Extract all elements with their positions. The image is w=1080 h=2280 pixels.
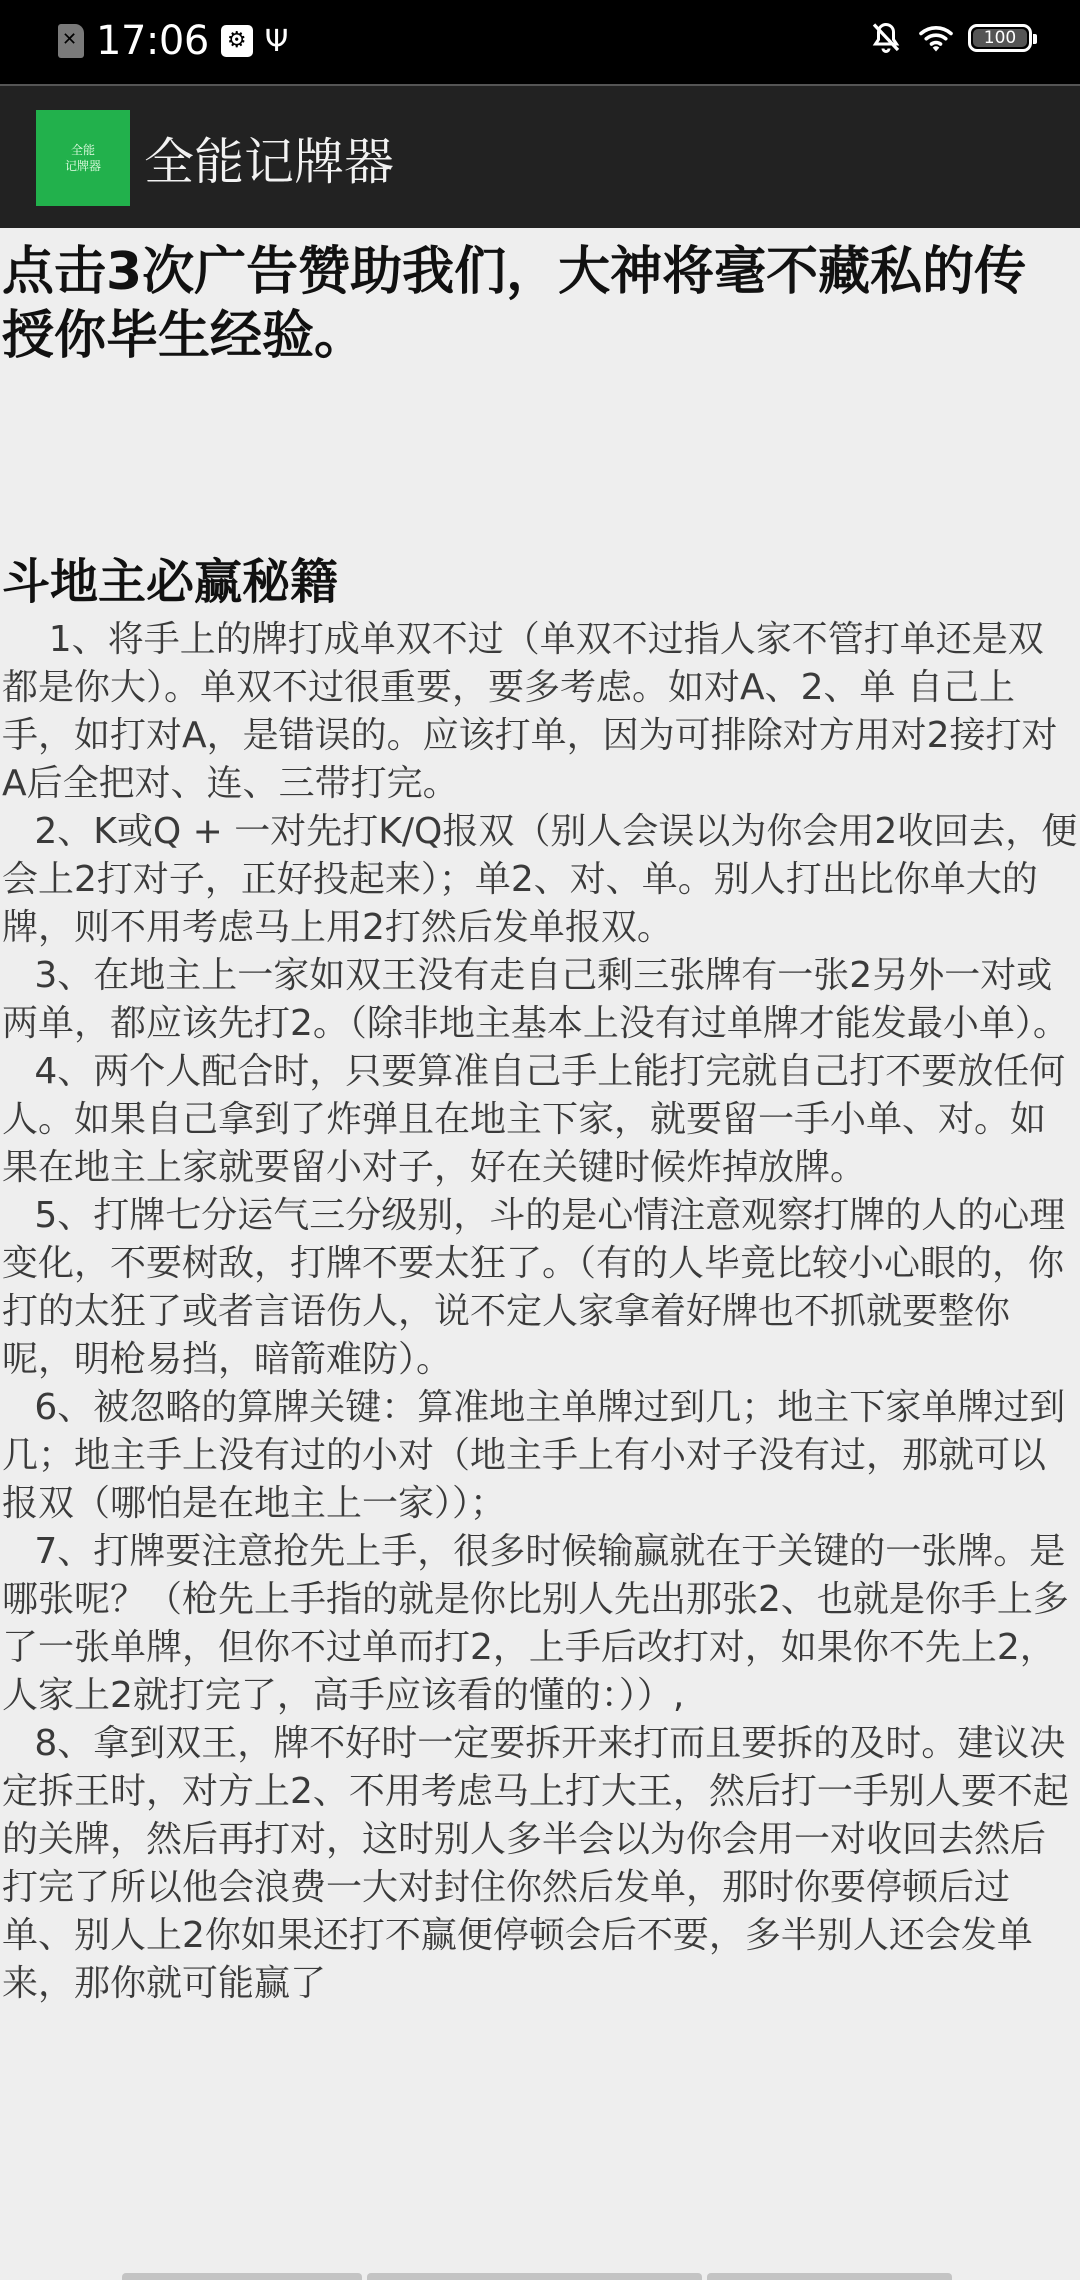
sim-off-icon <box>58 24 84 58</box>
tip-item: 1、将手上的牌打成单双不过（单双不过指人家不管打单还是双都是你大）。单双不过很重… <box>2 616 1078 808</box>
tip-item: 3、在地主上一家如双王没有走自己剩三张牌有一张2另外一对或两单，都应该先打2。（… <box>2 952 1078 1048</box>
section-title: 斗地主必赢秘籍 <box>2 548 1080 616</box>
app-logo: 全能 记牌器 <box>36 110 130 206</box>
tip-item: 8、拿到双王，牌不好时一定要拆开来打而且要拆的及时。建议决定拆王时，对方上2、不… <box>2 1720 1078 2008</box>
app-title: 全能记牌器 <box>144 122 394 194</box>
tips-list: 1、将手上的牌打成单双不过（单双不过指人家不管打单还是双都是你大）。单双不过很重… <box>0 616 1080 2008</box>
app-logo-text-1: 全能 <box>36 142 130 158</box>
wifi-icon <box>918 20 954 56</box>
ad-banner-area[interactable] <box>0 368 1080 548</box>
clock: 17:06 <box>96 18 209 64</box>
content-scroll-area[interactable]: 点击3次广告赞助我们，大神将毫不藏私的传授你毕生经验。 斗地主必赢秘籍 1、将手… <box>0 228 1080 2008</box>
bottom-button-3[interactable] <box>707 2273 952 2280</box>
app-logo-text-2: 记牌器 <box>36 158 130 174</box>
battery-level: 100 <box>973 29 1027 47</box>
tip-item: 6、被忽略的算牌关键：算准地主单牌过到几；地主下家单牌过到几；地主手上没有过的小… <box>2 1384 1078 1528</box>
bottom-button-1[interactable] <box>122 2273 362 2280</box>
tip-item: 5、打牌七分运气三分级别，斗的是心情注意观察打牌的人的心理变化，不要树敌，打牌不… <box>2 1192 1078 1384</box>
app-bar: 全能 记牌器 全能记牌器 <box>0 84 1080 228</box>
bottom-button-2[interactable] <box>367 2273 702 2280</box>
bell-off-icon <box>868 20 904 56</box>
usb-debug-icon: ⚙ <box>221 25 253 57</box>
tip-item: 2、K或Q + 一对先打K/Q报双（别人会误以为你会用2收回去，便会上2打对子，… <box>2 808 1078 952</box>
battery-icon: 100 <box>968 24 1032 52</box>
promo-text: 点击3次广告赞助我们，大神将毫不藏私的传授你毕生经验。 <box>0 228 1080 368</box>
usb-icon: Ψ <box>265 24 289 59</box>
status-bar: 17:06 ⚙ Ψ 100 <box>0 0 1080 84</box>
bottom-button-bar <box>122 2273 952 2280</box>
tip-item: 7、打牌要注意抢先上手，很多时候输赢就在于关键的一张牌。是哪张呢？（枪先上手指的… <box>2 1528 1078 1720</box>
tip-item: 4、两个人配合时，只要算准自己手上能打完就自己打不要放任何人。如果自己拿到了炸弹… <box>2 1048 1078 1192</box>
